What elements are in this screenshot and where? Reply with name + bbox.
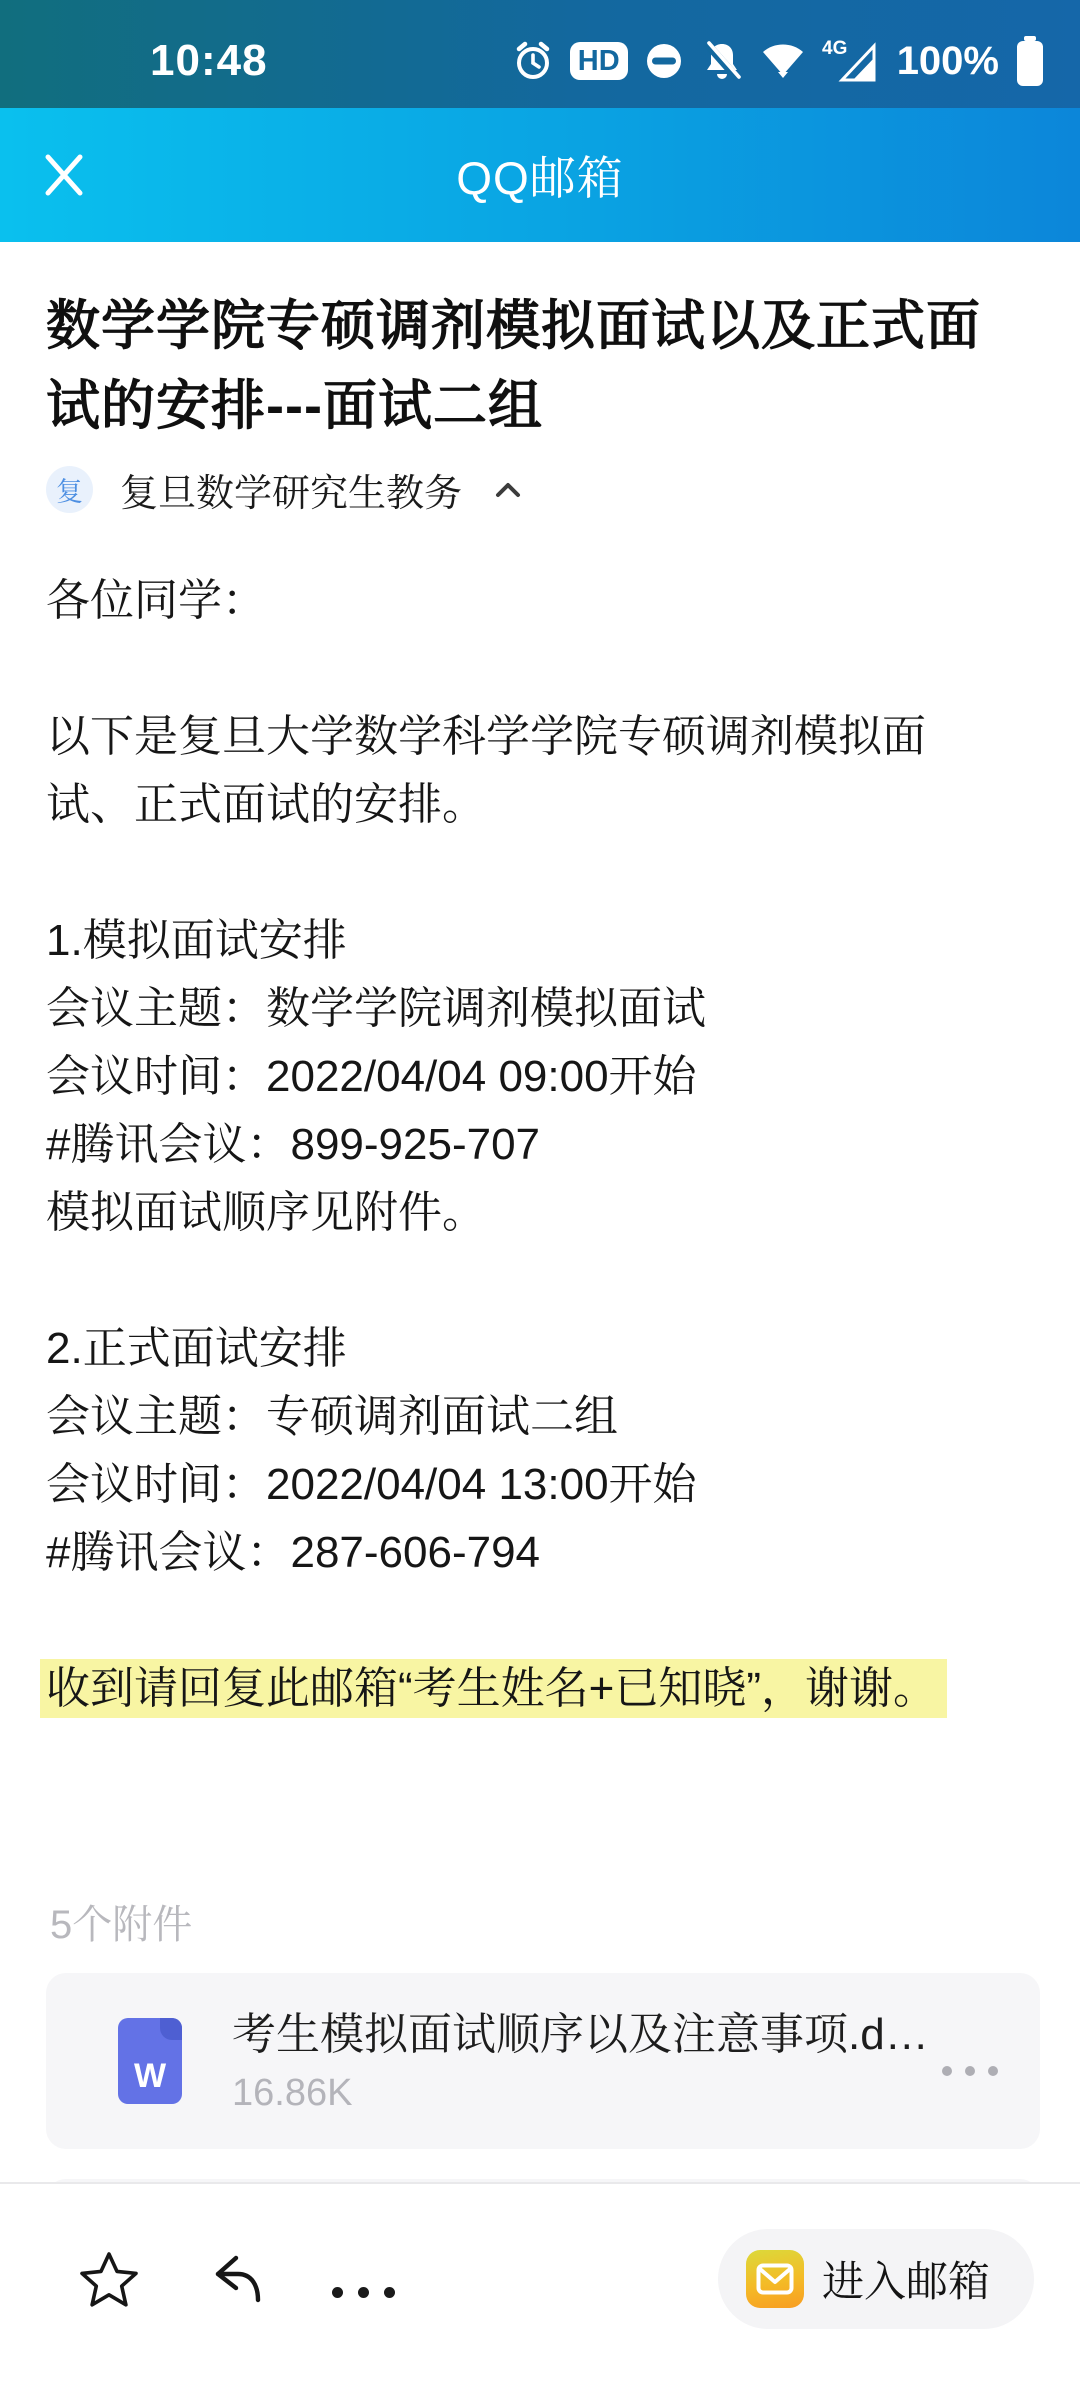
- reply-icon: [206, 2250, 268, 2308]
- close-button[interactable]: [40, 151, 110, 199]
- star-icon: [76, 2248, 142, 2310]
- close-icon: [40, 151, 88, 199]
- email-body-line: 会议时间：2022/04/04 09:00开始: [46, 1043, 1008, 1111]
- more-icon: [332, 2287, 343, 2298]
- collapse-caret-icon[interactable]: [492, 480, 524, 500]
- email-body-line: 各位同学：: [46, 567, 1008, 635]
- bottom-toolbar: 进入邮箱: [0, 2182, 1080, 2400]
- attachment-card[interactable]: W考生模拟面试顺序以及注意事项.d…16.86K: [46, 1973, 1040, 2149]
- status-bar: 10:48 HD 4G: [0, 0, 1080, 108]
- email-subject: 数学学院专硕调剂模拟面试以及正式面试的安排---面试二组: [46, 286, 986, 446]
- enter-mailbox-label: 进入邮箱: [822, 2249, 990, 2309]
- svg-text:4G: 4G: [822, 38, 847, 59]
- status-time: 10:48: [150, 36, 268, 86]
- attachment-name: 考生模拟面试顺序以及注意事项.d…: [232, 2007, 922, 2063]
- email-highlight-line: 收到请回复此邮箱“考生姓名+已知晓”，谢谢。: [46, 1655, 1008, 1723]
- email-body-line: [46, 1587, 1008, 1655]
- qq-mail-icon: [746, 2250, 804, 2308]
- signal-4g-icon: 4G: [822, 38, 878, 84]
- sender-row: 复 复旦数学研究生教务: [46, 462, 1040, 517]
- reply-button[interactable]: [206, 2250, 268, 2308]
- attachment-list: W考生模拟面试顺序以及注意事项.d…16.86K: [46, 1973, 1040, 2149]
- battery-icon: [1014, 35, 1046, 87]
- wifi-icon: [759, 39, 807, 83]
- email-body-line: [46, 635, 1008, 703]
- enter-mailbox-button[interactable]: 进入邮箱: [718, 2229, 1034, 2329]
- more-button[interactable]: [332, 2261, 395, 2298]
- attachment-more-button[interactable]: [922, 2046, 998, 2076]
- qq-mail-screen: 10:48 HD 4G: [0, 0, 1080, 2400]
- email-body-line: 1.模拟面试安排: [46, 907, 1008, 975]
- star-button[interactable]: [76, 2248, 142, 2310]
- attachment-count-label: 5个附件: [50, 1901, 1040, 1949]
- email-body-line: [46, 839, 1008, 907]
- doc-type-letter: W: [118, 2057, 182, 2096]
- attachment-meta: 考生模拟面试顺序以及注意事项.d…16.86K: [232, 2007, 922, 2115]
- mute-icon: [700, 39, 744, 83]
- email-body-line: 会议主题：数学学院调剂模拟面试: [46, 975, 1008, 1043]
- alarm-icon: [511, 39, 555, 83]
- app-title: QQ邮箱: [110, 142, 970, 208]
- email-body-line: 会议时间：2022/04/04 13:00开始: [46, 1451, 1008, 1519]
- email-body-line: #腾讯会议：287-606-794: [46, 1519, 1008, 1587]
- sender-avatar[interactable]: 复: [46, 466, 93, 513]
- email-content: 数学学院专硕调剂模拟面试以及正式面试的安排---面试二组 复 复旦数学研究生教务…: [0, 242, 1080, 2223]
- sender-name: 复旦数学研究生教务: [120, 462, 462, 517]
- hd-badge: HD: [570, 42, 628, 80]
- do-not-disturb-icon: [643, 40, 685, 82]
- status-icons: HD 4G 100%: [511, 35, 1046, 87]
- email-body-line: 以下是复旦大学数学科学学院专硕调剂模拟面试、正式面试的安排。: [46, 703, 1008, 839]
- email-body: 各位同学： 以下是复旦大学数学科学学院专硕调剂模拟面试、正式面试的安排。 1.模…: [46, 567, 1008, 1723]
- word-doc-icon: W: [118, 2018, 182, 2104]
- email-body-line: 会议主题：专硕调剂面试二组: [46, 1383, 1008, 1451]
- email-body-line: #腾讯会议：899-925-707: [46, 1111, 1008, 1179]
- battery-percent: 100%: [897, 39, 999, 84]
- email-body-line: 模拟面试顺序见附件。: [46, 1179, 1008, 1247]
- email-body-line: 2.正式面试安排: [46, 1315, 1008, 1383]
- app-header: QQ邮箱: [0, 108, 1080, 242]
- email-body-line: [46, 1247, 1008, 1315]
- attachment-size: 16.86K: [232, 2071, 922, 2115]
